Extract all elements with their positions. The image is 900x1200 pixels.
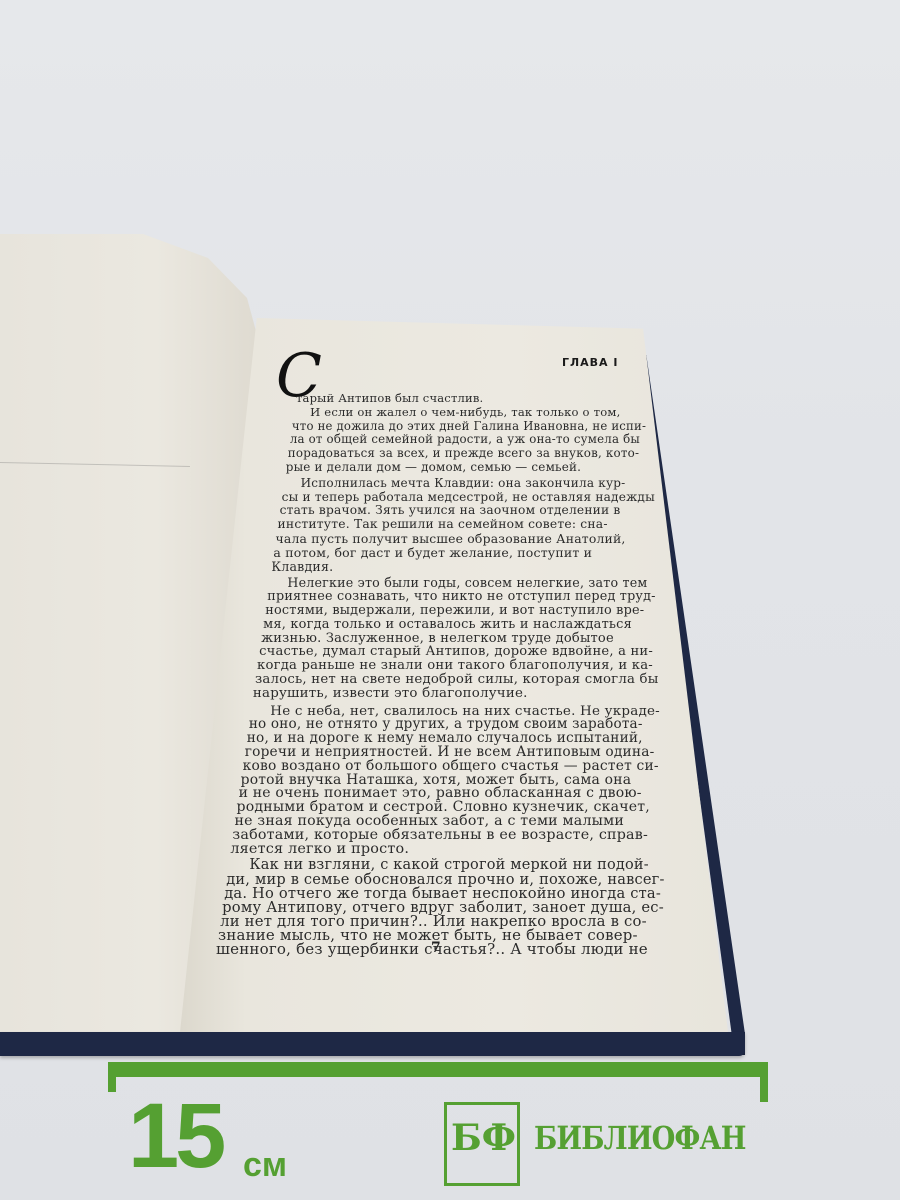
drop-cap-letter: С [276,346,322,406]
right-page [180,318,728,1032]
page-number: 7 [431,940,441,956]
photo-scene: ГЛАВА I С тарый Антипов был счастлив.И е… [0,0,900,1200]
logo-brand-name: БИБЛИОФАН [534,1122,746,1154]
chapter-heading: ГЛАВА I [562,356,618,369]
logo-monogram: БФ [451,1120,516,1156]
scale-size-unit: см [243,1148,287,1182]
scale-ruler-left-tick [108,1062,116,1092]
scale-size-value: 15 [128,1090,222,1182]
scale-ruler-right-tick [760,1062,768,1102]
scale-ruler-bar [108,1062,768,1077]
book-cover-bottom [0,1032,745,1056]
